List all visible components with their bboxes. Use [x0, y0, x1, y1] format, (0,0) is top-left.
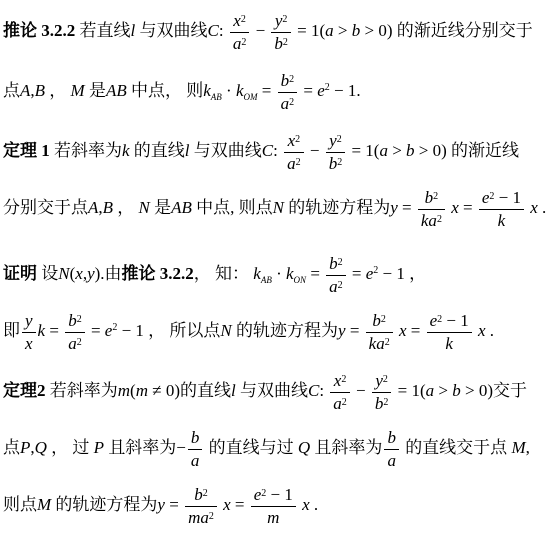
- text-run: 与双曲线: [190, 141, 262, 160]
- math-variable: ka: [369, 334, 385, 353]
- superscript: 2: [296, 157, 301, 168]
- math-variable: P: [94, 438, 104, 457]
- superscript: 2: [437, 214, 442, 225]
- text-run: 的直线: [130, 141, 185, 160]
- math-variable: y: [157, 495, 165, 514]
- fraction-numerator: b2: [326, 254, 346, 276]
- text-run: :: [219, 21, 228, 40]
- fraction-numerator: y2: [271, 11, 291, 33]
- fraction-denominator: a2: [278, 93, 298, 114]
- fraction-numerator: y: [22, 311, 36, 333]
- superscript: 2: [203, 488, 208, 499]
- fraction-denominator: a: [188, 450, 203, 471]
- math-variable: a: [325, 21, 334, 40]
- subscript: AB: [261, 275, 272, 285]
- fraction-denominator: a2: [326, 276, 346, 297]
- fraction-numerator: y2: [372, 371, 392, 393]
- text-run: 即: [3, 321, 20, 340]
- text-run: 若斜率为: [50, 141, 122, 160]
- fraction-numerator: b2: [65, 311, 85, 333]
- text-run: − 1: [442, 311, 469, 330]
- text-run: −: [251, 21, 269, 40]
- math-variable: M: [511, 438, 525, 457]
- superscript: 2: [295, 134, 300, 145]
- math-variable: AB: [106, 81, 127, 100]
- math-variable: b: [352, 21, 361, 40]
- math-variable: Q: [298, 438, 310, 457]
- text-run: =: [459, 198, 477, 217]
- fraction: ba: [384, 428, 399, 470]
- fraction-denominator: a2: [330, 393, 350, 414]
- math-variable: k: [38, 321, 46, 340]
- text-run: ， 过: [47, 438, 94, 457]
- math-document: 推论 3.2.2 若直线l 与双曲线C: x2a2 − y2b2 = 1(a >…: [0, 0, 554, 533]
- math-variable: N: [273, 198, 284, 217]
- text-run: =: [165, 495, 183, 514]
- text-run: =: [398, 198, 416, 217]
- text-run: =: [299, 81, 317, 100]
- text-run: 且斜率为−: [104, 438, 186, 457]
- math-variable: b: [329, 254, 338, 273]
- text-run: 点: [3, 81, 20, 100]
- fraction: y2b2: [326, 131, 346, 173]
- text-run: 点: [3, 438, 20, 457]
- text-run: 的轨迹方程为: [51, 495, 157, 514]
- math-variable: k: [236, 81, 244, 100]
- math-variable: y: [375, 371, 383, 390]
- math-variable: x: [233, 11, 241, 30]
- math-variable: N: [58, 264, 69, 283]
- text-run: > 0) 的渐近线分别交于: [360, 21, 533, 40]
- text-run: 若直线: [75, 21, 130, 40]
- math-variable: k: [498, 211, 506, 230]
- fraction-denominator: b2: [372, 393, 392, 414]
- text-run: 与双曲线: [236, 381, 308, 400]
- section-theorem-2: 定理2 若斜率为m(m ≠ 0)的直线l 与双曲线C: x2a2 − y2b2 …: [3, 362, 552, 533]
- math-variable: y: [338, 321, 346, 340]
- text-run: − 1: [266, 485, 293, 504]
- superscript: 2: [282, 14, 287, 25]
- fraction-denominator: a: [384, 450, 399, 471]
- document-line: 即yxk = b2a2 = e2 − 1 ， 所以点N 的轨迹方程为y = b2…: [3, 299, 552, 356]
- superscript: 2: [338, 257, 343, 268]
- fraction-numerator: e2 − 1: [479, 188, 524, 210]
- math-variable: a: [387, 451, 396, 470]
- fraction-numerator: x2: [284, 131, 304, 153]
- math-variable: a: [426, 381, 435, 400]
- document-line: 则点M 的轨迹方程为y = b2ma2 x = e2 − 1m x .: [3, 476, 552, 533]
- superscript: 2: [209, 511, 214, 522]
- document-line: 推论 3.2.2 若直线l 与双曲线C: x2a2 − y2b2 = 1(a >…: [3, 2, 552, 59]
- fraction-numerator: b: [188, 428, 203, 450]
- text-run: =: [258, 81, 276, 100]
- math-variable: B: [103, 198, 113, 217]
- text-run: 且斜率为: [310, 438, 382, 457]
- fraction-numerator: b2: [366, 311, 393, 333]
- math-variable: ka: [421, 211, 437, 230]
- fraction: y2b2: [372, 371, 392, 413]
- math-variable: m: [267, 508, 279, 527]
- text-run: 的轨迹方程为: [284, 198, 390, 217]
- math-variable: A: [88, 198, 98, 217]
- fraction-denominator: k: [479, 210, 524, 231]
- text-run: 中点, 则点: [192, 198, 273, 217]
- math-variable: k: [253, 264, 261, 283]
- math-variable: m: [118, 381, 130, 400]
- fraction-numerator: x2: [230, 11, 250, 33]
- text-run: 的直线交于点: [401, 438, 512, 457]
- math-variable: B: [35, 81, 45, 100]
- text-run: −: [352, 381, 370, 400]
- text-run: > 0) 的渐近线: [415, 141, 520, 160]
- fraction-denominator: a2: [230, 33, 250, 54]
- math-variable: x: [223, 495, 231, 514]
- math-variable: a: [191, 451, 200, 470]
- text-run: = 1(: [347, 141, 379, 160]
- math-variable: A: [20, 81, 30, 100]
- math-variable: k: [445, 334, 453, 353]
- document-line: 点P,Q ， 过 P 且斜率为−ba 的直线与过 Q 且斜率为ba 的直线交于点…: [3, 419, 552, 476]
- math-variable: x: [451, 198, 459, 217]
- text-run: = 1(: [293, 21, 325, 40]
- math-variable: a: [281, 94, 290, 113]
- text-run: =: [348, 264, 366, 283]
- math-variable: y: [87, 264, 95, 283]
- math-variable: b: [387, 428, 396, 447]
- fraction-denominator: x: [22, 333, 36, 354]
- fraction-denominator: b2: [271, 33, 291, 54]
- text-run: 由: [105, 264, 122, 283]
- math-variable: m: [136, 381, 148, 400]
- math-variable: y: [390, 198, 398, 217]
- math-variable: k: [286, 264, 294, 283]
- fraction-numerator: x2: [330, 371, 350, 393]
- superscript: 2: [337, 134, 342, 145]
- fraction: e2 − 1k: [427, 311, 472, 353]
- fraction-denominator: ka2: [418, 210, 445, 231]
- math-variable: b: [406, 141, 415, 160]
- text-run: − 1.: [330, 81, 361, 100]
- math-variable: x: [530, 198, 538, 217]
- math-variable: ma: [188, 508, 209, 527]
- text-run: >: [434, 381, 452, 400]
- superscript: 2: [383, 374, 388, 385]
- superscript: 2: [385, 337, 390, 348]
- text-run: ·: [272, 264, 286, 283]
- fraction-numerator: e2 − 1: [251, 485, 296, 507]
- fraction: yx: [22, 311, 36, 353]
- fraction-numerator: b2: [278, 71, 298, 93]
- superscript: 2: [337, 157, 342, 168]
- superscript: 2: [241, 37, 246, 48]
- text-run: =: [346, 321, 364, 340]
- fraction: b2ka2: [418, 188, 445, 230]
- text-run: 与双曲线: [135, 21, 207, 40]
- text-run: ·: [222, 81, 236, 100]
- superscript: 2: [289, 74, 294, 85]
- math-variable: N: [220, 321, 231, 340]
- math-variable: b: [425, 188, 434, 207]
- math-variable: b: [191, 428, 200, 447]
- fraction-denominator: b2: [326, 153, 346, 174]
- math-variable: b: [372, 311, 381, 330]
- text-run: = 1(: [393, 381, 425, 400]
- fraction-denominator: a2: [65, 333, 85, 354]
- text-run: 设: [37, 264, 58, 283]
- math-variable: k: [203, 81, 211, 100]
- math-variable: k: [122, 141, 130, 160]
- fraction-denominator: ka2: [366, 333, 393, 354]
- math-variable: a: [379, 141, 388, 160]
- fraction-denominator: k: [427, 333, 472, 354]
- fraction: b2a2: [278, 71, 298, 113]
- bold-text: 推论 3.2.2: [122, 264, 194, 283]
- fraction-numerator: b: [384, 428, 399, 450]
- text-run: .: [310, 495, 319, 514]
- math-variable: a: [68, 334, 77, 353]
- document-line: 点A,B ， M 是AB 中点， 则kAB · kOM = b2a2 = e2 …: [3, 59, 552, 116]
- math-variable: y: [25, 311, 33, 330]
- subscript: AB: [211, 92, 222, 102]
- math-variable: b: [329, 154, 338, 173]
- math-variable: b: [68, 311, 77, 330]
- math-variable: AB: [171, 198, 192, 217]
- text-run: 则点: [3, 495, 37, 514]
- math-variable: Q: [35, 438, 47, 457]
- text-run: − 1: [494, 188, 521, 207]
- text-run: :: [319, 381, 328, 400]
- section-proof: 证明 设N(x,y).由推论 3.2.2， 知： kAB · kON = b2a…: [3, 242, 552, 356]
- text-run: =: [306, 264, 324, 283]
- math-variable: e: [430, 311, 438, 330]
- fraction: b2ka2: [366, 311, 393, 353]
- math-variable: a: [329, 277, 338, 296]
- text-run: 的轨迹方程为: [232, 321, 338, 340]
- text-run: ,: [526, 438, 530, 457]
- fraction-denominator: a2: [284, 153, 304, 174]
- math-variable: P: [20, 438, 30, 457]
- math-variable: x: [478, 321, 486, 340]
- text-run: .: [538, 198, 547, 217]
- math-variable: C: [207, 21, 218, 40]
- math-variable: C: [262, 141, 273, 160]
- document-line: 证明 设N(x,y).由推论 3.2.2， 知： kAB · kON = b2a…: [3, 242, 552, 299]
- document-line: 定理 1 若斜率为k 的直线l 与双曲线C: x2a2 − y2b2 = 1(a…: [3, 122, 552, 179]
- superscript: 2: [433, 191, 438, 202]
- text-run: >: [388, 141, 406, 160]
- math-variable: M: [37, 495, 51, 514]
- subscript: OM: [244, 92, 258, 102]
- fraction: b2ma2: [185, 485, 217, 527]
- superscript: 2: [383, 397, 388, 408]
- fraction: x2a2: [284, 131, 304, 173]
- section-corollary-3-2-2: 推论 3.2.2 若直线l 与双曲线C: x2a2 − y2b2 = 1(a >…: [3, 2, 552, 116]
- math-variable: b: [194, 485, 203, 504]
- fraction: b2a2: [65, 311, 85, 353]
- superscript: 2: [289, 97, 294, 108]
- superscript: 2: [77, 314, 82, 325]
- math-variable: N: [139, 198, 150, 217]
- document-line: 定理2 若斜率为m(m ≠ 0)的直线l 与双曲线C: x2a2 − y2b2 …: [3, 362, 552, 419]
- math-variable: x: [75, 264, 83, 283]
- superscript: 2: [338, 280, 343, 291]
- math-variable: x: [25, 334, 33, 353]
- math-variable: x: [399, 321, 407, 340]
- fraction-numerator: b2: [185, 485, 217, 507]
- text-run: > 0)交于: [461, 381, 527, 400]
- math-variable: x: [302, 495, 310, 514]
- text-run: − 1 ， 所以点: [117, 321, 220, 340]
- math-variable: e: [317, 81, 325, 100]
- text-run: −: [306, 141, 324, 160]
- fraction: y2b2: [271, 11, 291, 53]
- text-run: 中点， 则: [127, 81, 204, 100]
- document-line: 分别交于点A,B ， N 是AB 中点, 则点N 的轨迹方程为y = b2ka2…: [3, 179, 552, 236]
- text-run: ，: [113, 198, 139, 217]
- math-variable: x: [288, 131, 296, 150]
- text-run: :: [273, 141, 282, 160]
- fraction: x2a2: [230, 11, 250, 53]
- text-run: =: [407, 321, 425, 340]
- text-run: ，: [45, 81, 71, 100]
- superscript: 2: [342, 397, 347, 408]
- text-run: .: [486, 321, 495, 340]
- subscript: ON: [294, 275, 307, 285]
- math-variable: M: [71, 81, 85, 100]
- fraction: ba: [188, 428, 203, 470]
- fraction: b2a2: [326, 254, 346, 296]
- section-theorem-1: 定理 1 若斜率为k 的直线l 与双曲线C: x2a2 − y2b2 = 1(a…: [3, 122, 552, 236]
- superscript: 2: [283, 37, 288, 48]
- text-run: 是: [150, 198, 171, 217]
- bold-text: 定理 1: [3, 141, 50, 160]
- text-run: ).: [95, 264, 105, 283]
- math-variable: b: [274, 34, 283, 53]
- bold-text: 推论 3.2.2: [3, 21, 75, 40]
- fraction: x2a2: [330, 371, 350, 413]
- math-variable: b: [452, 381, 461, 400]
- math-variable: y: [329, 131, 337, 150]
- text-run: 的直线与过: [204, 438, 298, 457]
- fraction: e2 − 1m: [251, 485, 296, 527]
- superscript: 2: [381, 314, 386, 325]
- math-variable: a: [287, 154, 296, 173]
- superscript: 2: [341, 374, 346, 385]
- fraction: e2 − 1k: [479, 188, 524, 230]
- fraction-denominator: m: [251, 507, 296, 528]
- math-variable: C: [308, 381, 319, 400]
- math-variable: b: [281, 71, 290, 90]
- text-run: >: [334, 21, 352, 40]
- text-run: − 1 ，: [378, 264, 426, 283]
- text-run: 是: [85, 81, 106, 100]
- fraction-denominator: ma2: [185, 507, 217, 528]
- text-run: ≠ 0)的直线: [148, 381, 231, 400]
- text-run: =: [45, 321, 63, 340]
- math-variable: a: [333, 394, 342, 413]
- text-run: ， 知：: [194, 264, 254, 283]
- superscript: 2: [77, 337, 82, 348]
- fraction-numerator: y2: [326, 131, 346, 153]
- bold-text: 定理2: [3, 381, 46, 400]
- superscript: 2: [241, 14, 246, 25]
- fraction-numerator: e2 − 1: [427, 311, 472, 333]
- text-run: =: [231, 495, 249, 514]
- fraction-numerator: b2: [418, 188, 445, 210]
- bold-text: 证明: [3, 264, 37, 283]
- text-run: 若斜率为: [46, 381, 118, 400]
- text-run: 分别交于点: [3, 198, 88, 217]
- text-run: =: [87, 321, 105, 340]
